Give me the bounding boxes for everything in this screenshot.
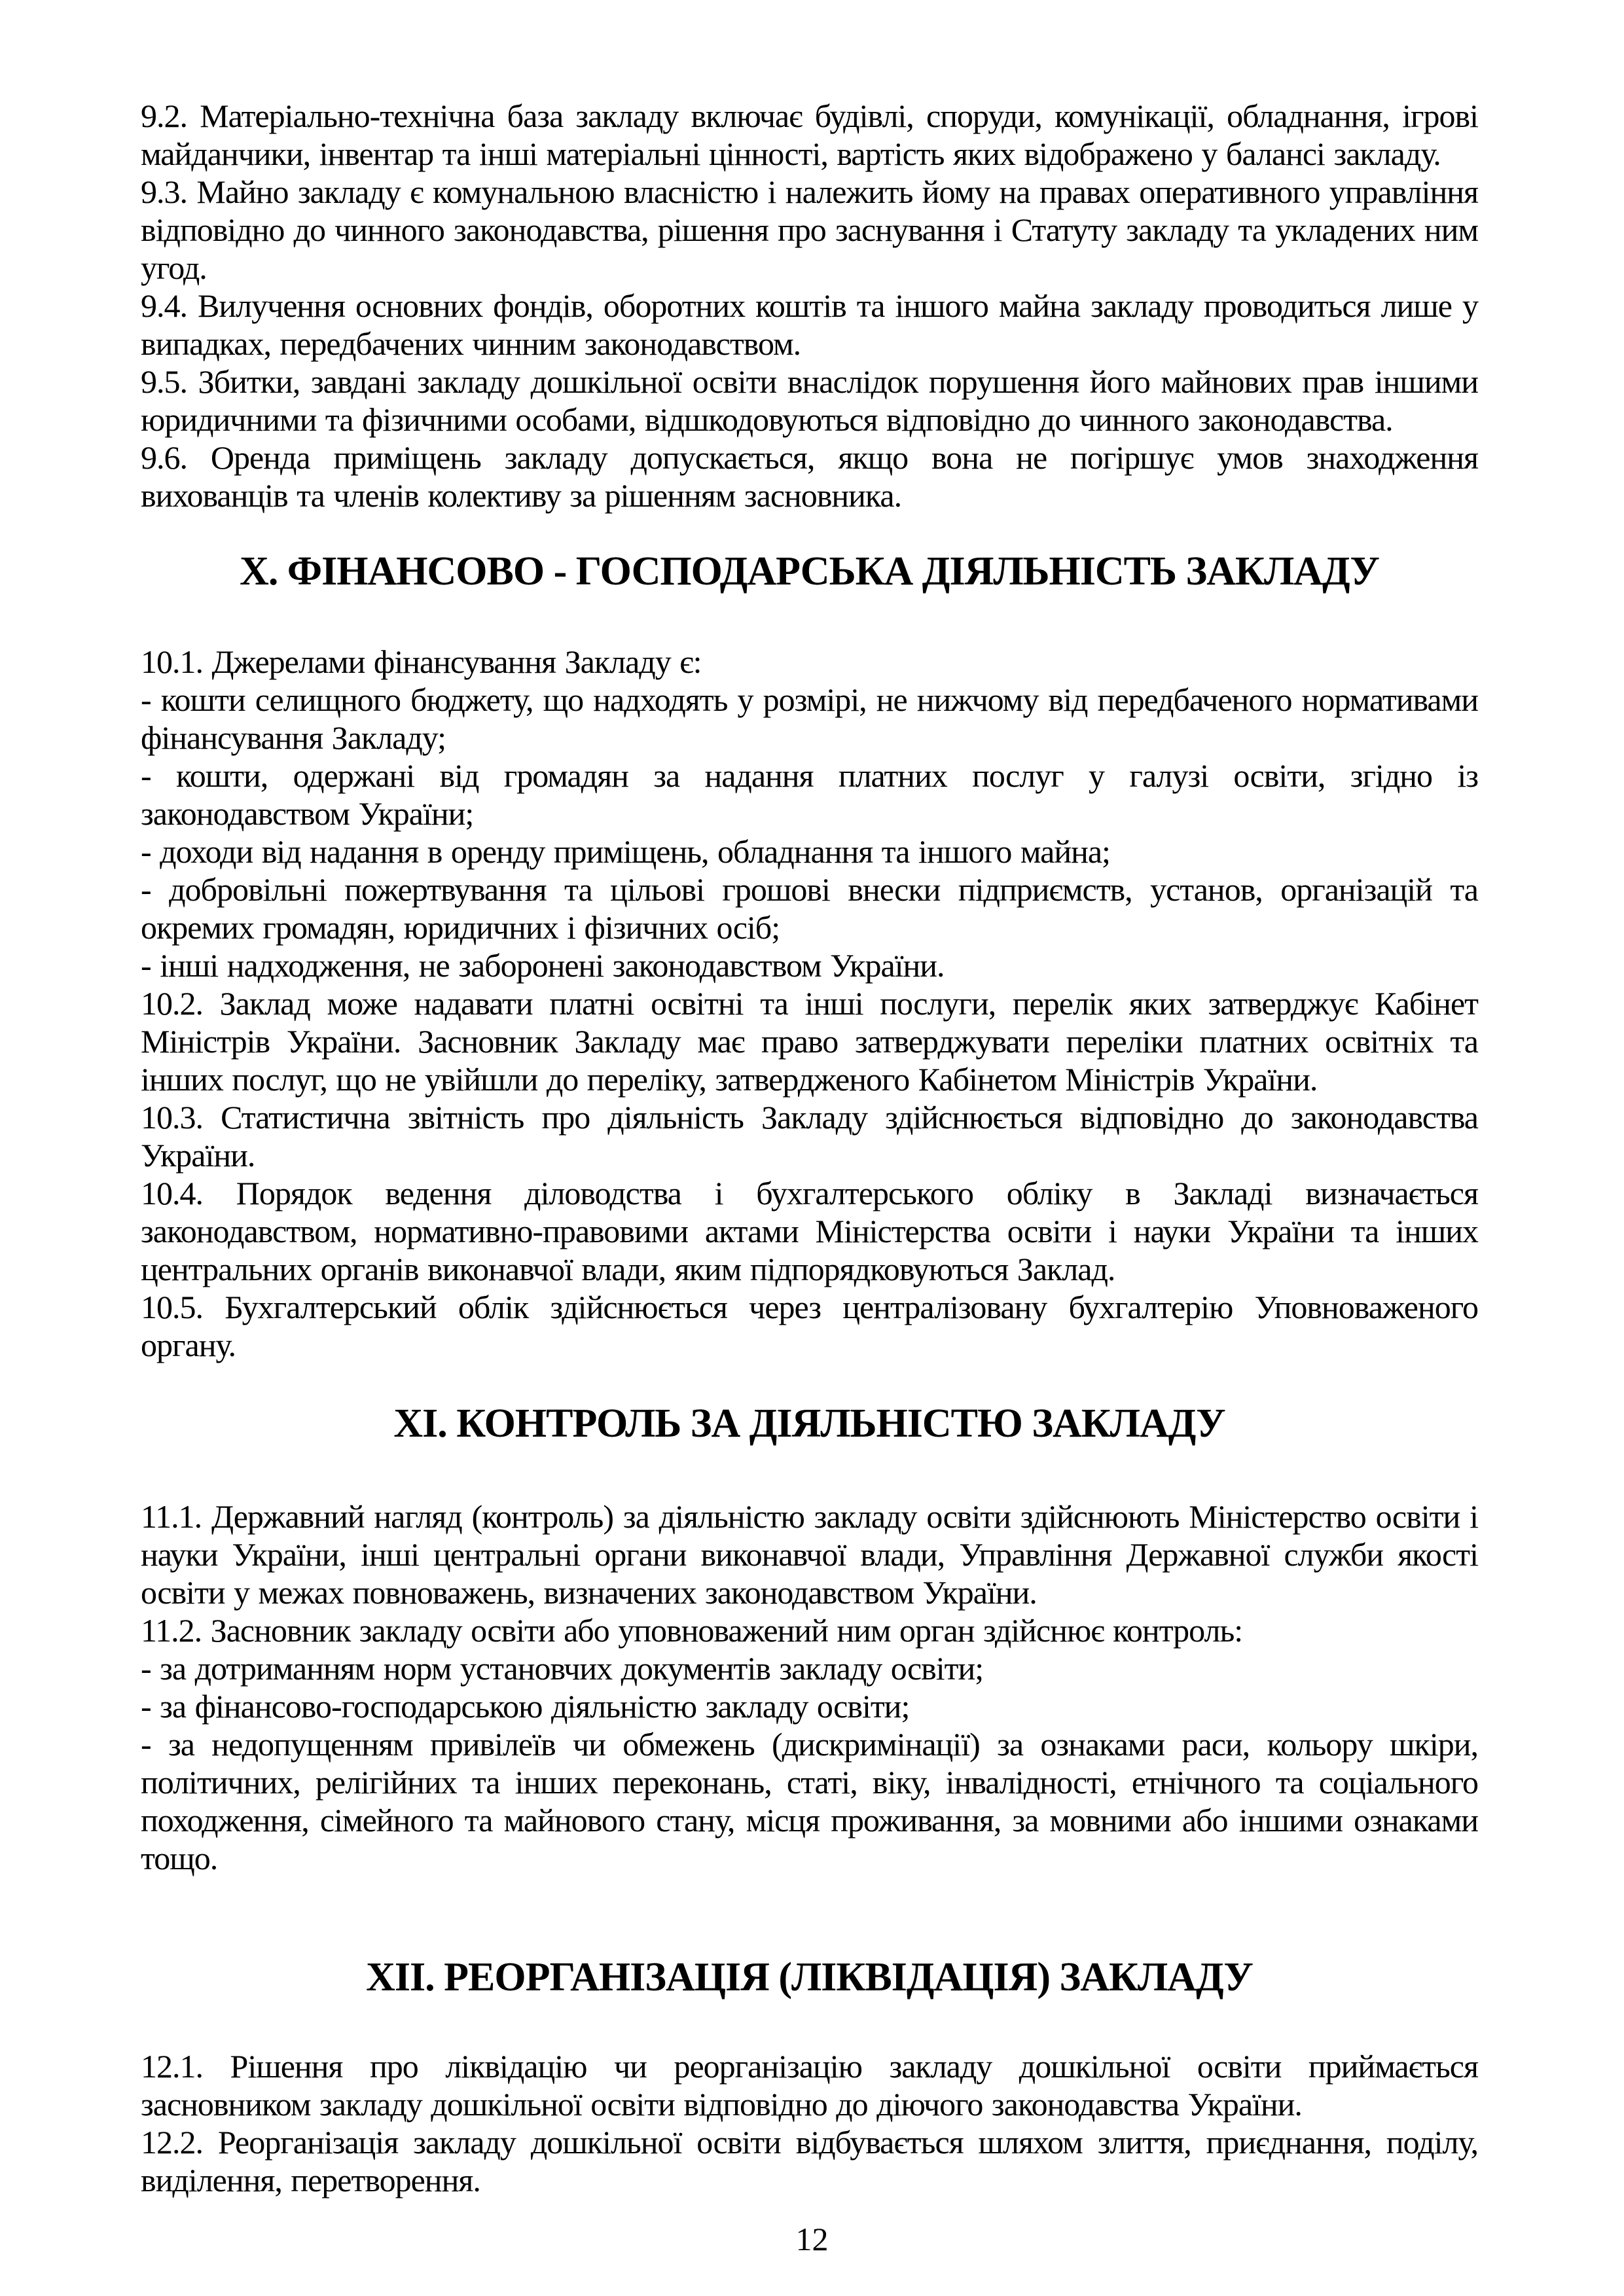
paragraph-9-4: 9.4. Вилучення основних фондів, оборотни… (141, 287, 1478, 363)
document-page: 9.2. Матеріально-технічна база закладу в… (0, 0, 1624, 2296)
list-item-financial-activity: - за фінансово-господарською діяльністю … (141, 1687, 1478, 1725)
section-heading-xi: XI. КОНТРОЛЬ ЗА ДІЯЛЬНІСТЮ ЗАКЛАДУ (141, 1401, 1478, 1446)
document-content: 9.2. Матеріально-технічна база закладу в… (141, 97, 1478, 2199)
section-heading-xii: XII. РЕОРГАНІЗАЦІЯ (ЛІКВІДАЦІЯ) ЗАКЛАДУ (141, 1954, 1478, 2000)
paragraph-10-2: 10.2. Заклад може надавати платні освітн… (141, 984, 1478, 1098)
paragraph-11-2: 11.2. Засновник закладу освіти або уповн… (141, 1611, 1478, 1649)
paragraph-11-1: 11.1. Державний нагляд (контроль) за дія… (141, 1498, 1478, 1611)
paragraph-9-5: 9.5. Збитки, завдані закладу дошкільної … (141, 363, 1478, 439)
section-heading-x: X. ФІНАНСОВО - ГОСПОДАРСЬКА ДІЯЛЬНІСТЬ З… (141, 548, 1478, 594)
page-number: 12 (0, 2220, 1624, 2258)
paragraph-9-6: 9.6. Оренда приміщень закладу допускаєть… (141, 439, 1478, 514)
paragraph-9-2: 9.2. Матеріально-технічна база закладу в… (141, 97, 1478, 173)
list-item-other-income: - інші надходження, не заборонені законо… (141, 946, 1478, 984)
paragraph-9-3: 9.3. Майно закладу є комунальною власніс… (141, 173, 1478, 287)
list-item-statutory-docs: - за дотриманням норм установчих докумен… (141, 1649, 1478, 1687)
paragraph-10-3: 10.3. Статистична звітність про діяльніс… (141, 1098, 1478, 1174)
list-item-non-discrimination: - за недопущенням привілеїв чи обмежень … (141, 1725, 1478, 1877)
paragraph-10-4: 10.4. Порядок ведення діловодства і бухг… (141, 1174, 1478, 1288)
paragraph-10-1: 10.1. Джерелами фінансування Закладу є: (141, 643, 1478, 681)
list-item-donations: - добровільні пожертвування та цільові г… (141, 870, 1478, 946)
list-item-budget-funds: - кошти селищного бюджету, що надходять … (141, 681, 1478, 757)
paragraph-12-2: 12.2. Реорганізація закладу дошкільної о… (141, 2123, 1478, 2199)
list-item-citizen-payments: - кошти, одержані від громадян за наданн… (141, 757, 1478, 833)
paragraph-10-5: 10.5. Бухгалтерський облік здійснюється … (141, 1288, 1478, 1364)
paragraph-12-1: 12.1. Рішення про ліквідацію чи реоргані… (141, 2047, 1478, 2123)
list-item-rent-income: - доходи від надання в оренду приміщень,… (141, 833, 1478, 870)
